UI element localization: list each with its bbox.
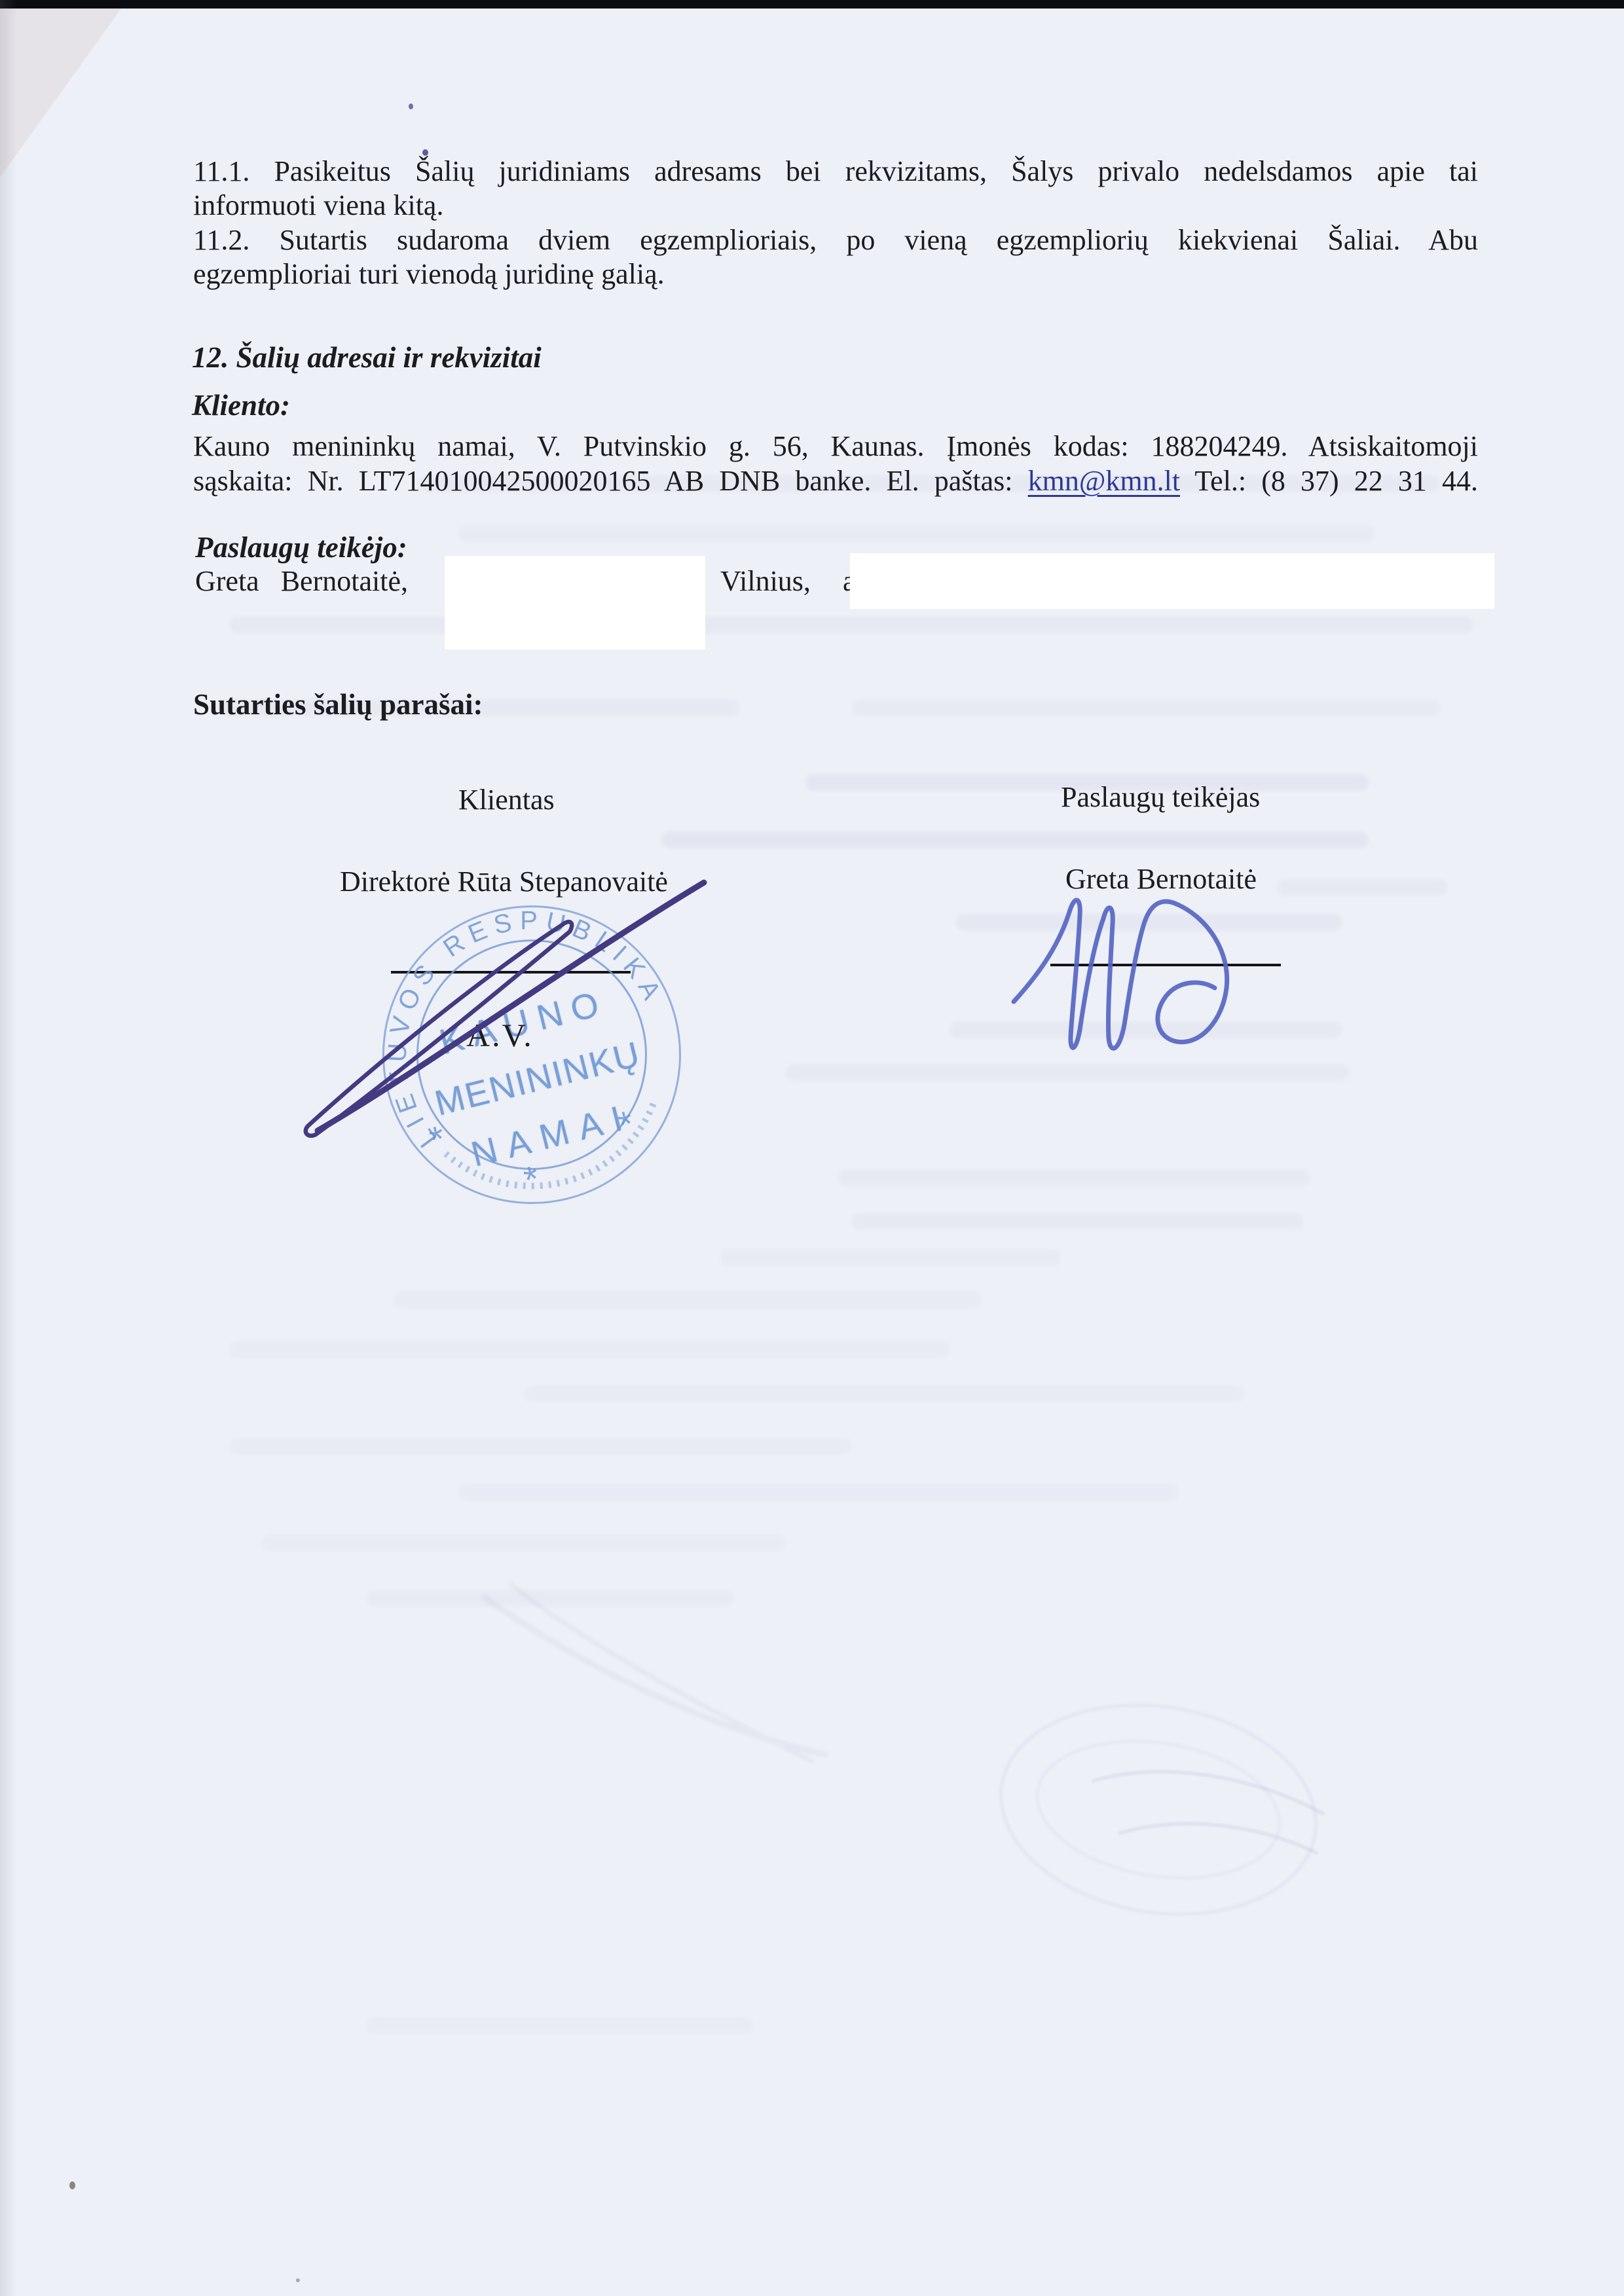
bleedthrough-line [661,831,1369,848]
bleedthrough-line [851,1212,1303,1230]
bleedthrough-line [851,699,1441,716]
signatures-heading: Sutarties šalių parašai: [193,687,483,722]
client-role-label: Klientas [458,783,555,818]
left-edge-shadow [0,0,17,2296]
bleedthrough-line [458,1484,1179,1501]
bleedthrough-line [458,525,1375,542]
bleedthrough-line [1277,879,1447,896]
ink-speck [409,103,413,109]
clause-11-2-line-2: egzemplioriai turi vienodą juridinę gali… [193,257,665,292]
client-email-link: kmn@kmn.lt [1028,465,1180,497]
provider-label: Paslaugų teikėjo: [195,530,407,565]
bleedthrough-line [393,1291,982,1308]
clause-11-1-line-1: 11.1. Pasikeitus Šalių juridiniams adres… [193,155,1478,189]
bleedthrough-line [262,1535,786,1552]
client-info-line-2: sąskaita: Nr. LT714010042500020165 AB DN… [193,464,1478,499]
ink-speck [69,2181,75,2189]
bleedthrough-line [367,2018,753,2035]
signature-scribble-client [282,867,727,1142]
page-corner-fold [0,9,124,177]
client-label: Kliento: [192,388,290,423]
provider-role-label: Paslaugų teikėjas [1061,780,1260,815]
bleedthrough-line [229,617,1473,634]
bleedthrough-line [524,1385,1244,1402]
bleedthrough-line [229,1341,950,1358]
ink-speck [296,2278,300,2282]
client-info-line-1: Kauno menininkų namai, V. Putvinskio g. … [193,429,1478,464]
section-12-heading: 12. Šalių adresai ir rekvizitai [192,340,542,375]
bleedthrough-line [229,1438,851,1455]
signature-scribble-provider [1005,881,1254,1070]
redaction-box [445,556,705,649]
clause-11-1-line-2: informuoti viena kitą. [193,189,443,223]
clause-11-2-line-1: 11.2. Sutartis sudaroma dviem egzemplior… [193,223,1478,258]
bleedthrough-line [838,1169,1310,1186]
client-info-before-email: sąskaita: Nr. LT714010042500020165 AB DN… [193,465,1028,497]
provider-city: Vilnius, [720,564,811,599]
bleedthrough-handwriting [1080,1755,1342,1886]
scanned-document-page: 11.1. Pasikeitus Šalių juridiniams adres… [0,0,1624,2296]
provider-name: Greta Bernotaitė, [195,564,408,599]
scan-edge-top [0,0,1624,9]
client-info-after-email: Tel.: (8 37) 22 31 44. [1180,465,1478,497]
bleedthrough-signature [458,1558,851,1774]
redaction-box [850,553,1494,609]
bleedthrough-line [720,1249,1061,1266]
